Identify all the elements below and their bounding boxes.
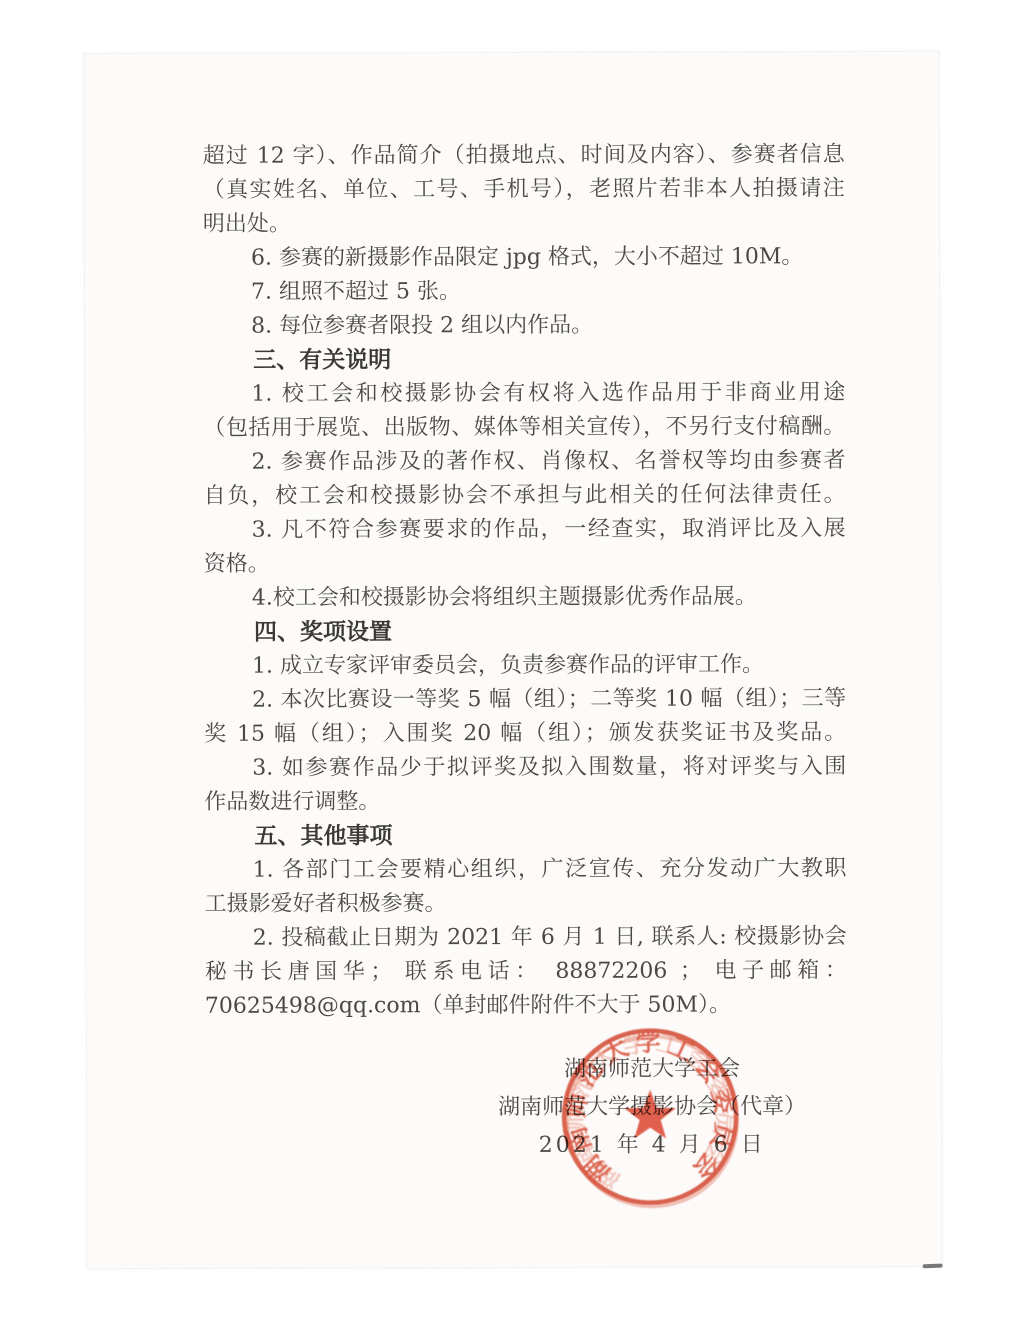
body-text-line: 70625498@qq.com（单封邮件附件不大于 50M）。 (205, 988, 847, 1024)
section-heading: 四、奖项设置 (204, 614, 846, 650)
document-page: 超过 12 字）、作品简介（拍摄地点、时间及内容）、参赛者信息（真实姓名、单位、… (83, 51, 942, 1269)
body-text-line: 奖 15 幅（组）；入围奖 20 幅（组）；颁发获奖证书及奖品。 (204, 716, 846, 752)
body-text-line: 1. 各部门工会要精心组织，广泛宣传、充分发动广大教职 (205, 852, 847, 888)
body-text-line: 1. 成立专家评审委员会，负责参赛作品的评审工作。 (204, 648, 846, 684)
section-heading: 五、其他事项 (204, 818, 846, 854)
document-body: 超过 12 字）、作品简介（拍摄地点、时间及内容）、参赛者信息（真实姓名、单位、… (203, 138, 847, 1024)
body-text-line: 2. 投稿截止日期为 2021 年 6 月 1 日, 联系人: 校摄影协会 (205, 920, 847, 956)
scan-edge-artifact (923, 1264, 943, 1269)
scan-background: 超过 12 字）、作品简介（拍摄地点、时间及内容）、参赛者信息（真实姓名、单位、… (0, 0, 1024, 1325)
body-text-line: 2. 本次比赛设一等奖 5 幅（组）；二等奖 10 幅（组）；三等 (204, 682, 846, 718)
body-text-line: 3. 凡不符合参赛要求的作品，一经查实，取消评比及入展 (204, 512, 846, 548)
body-text-line: 6. 参赛的新摄影作品限定 jpg 格式，大小不超过 10M。 (203, 240, 845, 276)
body-text-line: 自负，校工会和校摄影协会不承担与此相关的任何法律责任。 (204, 478, 846, 514)
signature-org-photo-association: 湖南师范大学摄影协会（代章） (332, 1088, 972, 1128)
signature-block: 湖南师范大学工会 湖南师范大学摄影协会（代章） 2021 年 4 月 6 日 (332, 1050, 972, 1166)
body-text-line: 4.校工会和校摄影协会将组织主题摄影优秀作品展。 (204, 580, 846, 616)
section-heading: 三、有关说明 (203, 342, 845, 378)
body-text-line: 7. 组照不超过 5 张。 (203, 274, 845, 310)
body-text-line: 秘书长唐国华； 联系电话： 88872206 ； 电子邮箱： (205, 954, 847, 990)
body-text-line: 资格。 (204, 546, 846, 582)
body-text-line: （真实姓名、单位、工号、手机号），老照片若非本人拍摄请注 (203, 172, 845, 208)
signature-date: 2021 年 4 月 6 日 (332, 1126, 972, 1166)
body-text-line: 明出处。 (203, 206, 845, 242)
signature-org-union: 湖南师范大学工会 (332, 1050, 972, 1090)
body-text-line: 3. 如参赛作品少于拟评奖及拟入围数量，将对评奖与入围 (204, 750, 846, 786)
body-text-line: 1. 校工会和校摄影协会有权将入选作品用于非商业用途 (203, 376, 845, 412)
body-text-line: （包括用于展览、出版物、媒体等相关宣传），不另行支付稿酬。 (203, 410, 845, 446)
body-text-line: 8. 每位参赛者限投 2 组以内作品。 (203, 308, 845, 344)
body-text-line: 2. 参赛作品涉及的著作权、肖像权、名誉权等均由参赛者 (203, 444, 845, 480)
body-text-line: 工摄影爱好者积极参赛。 (205, 886, 847, 922)
body-text-line: 超过 12 字）、作品简介（拍摄地点、时间及内容）、参赛者信息 (203, 138, 845, 174)
body-text-line: 作品数进行调整。 (204, 784, 846, 820)
